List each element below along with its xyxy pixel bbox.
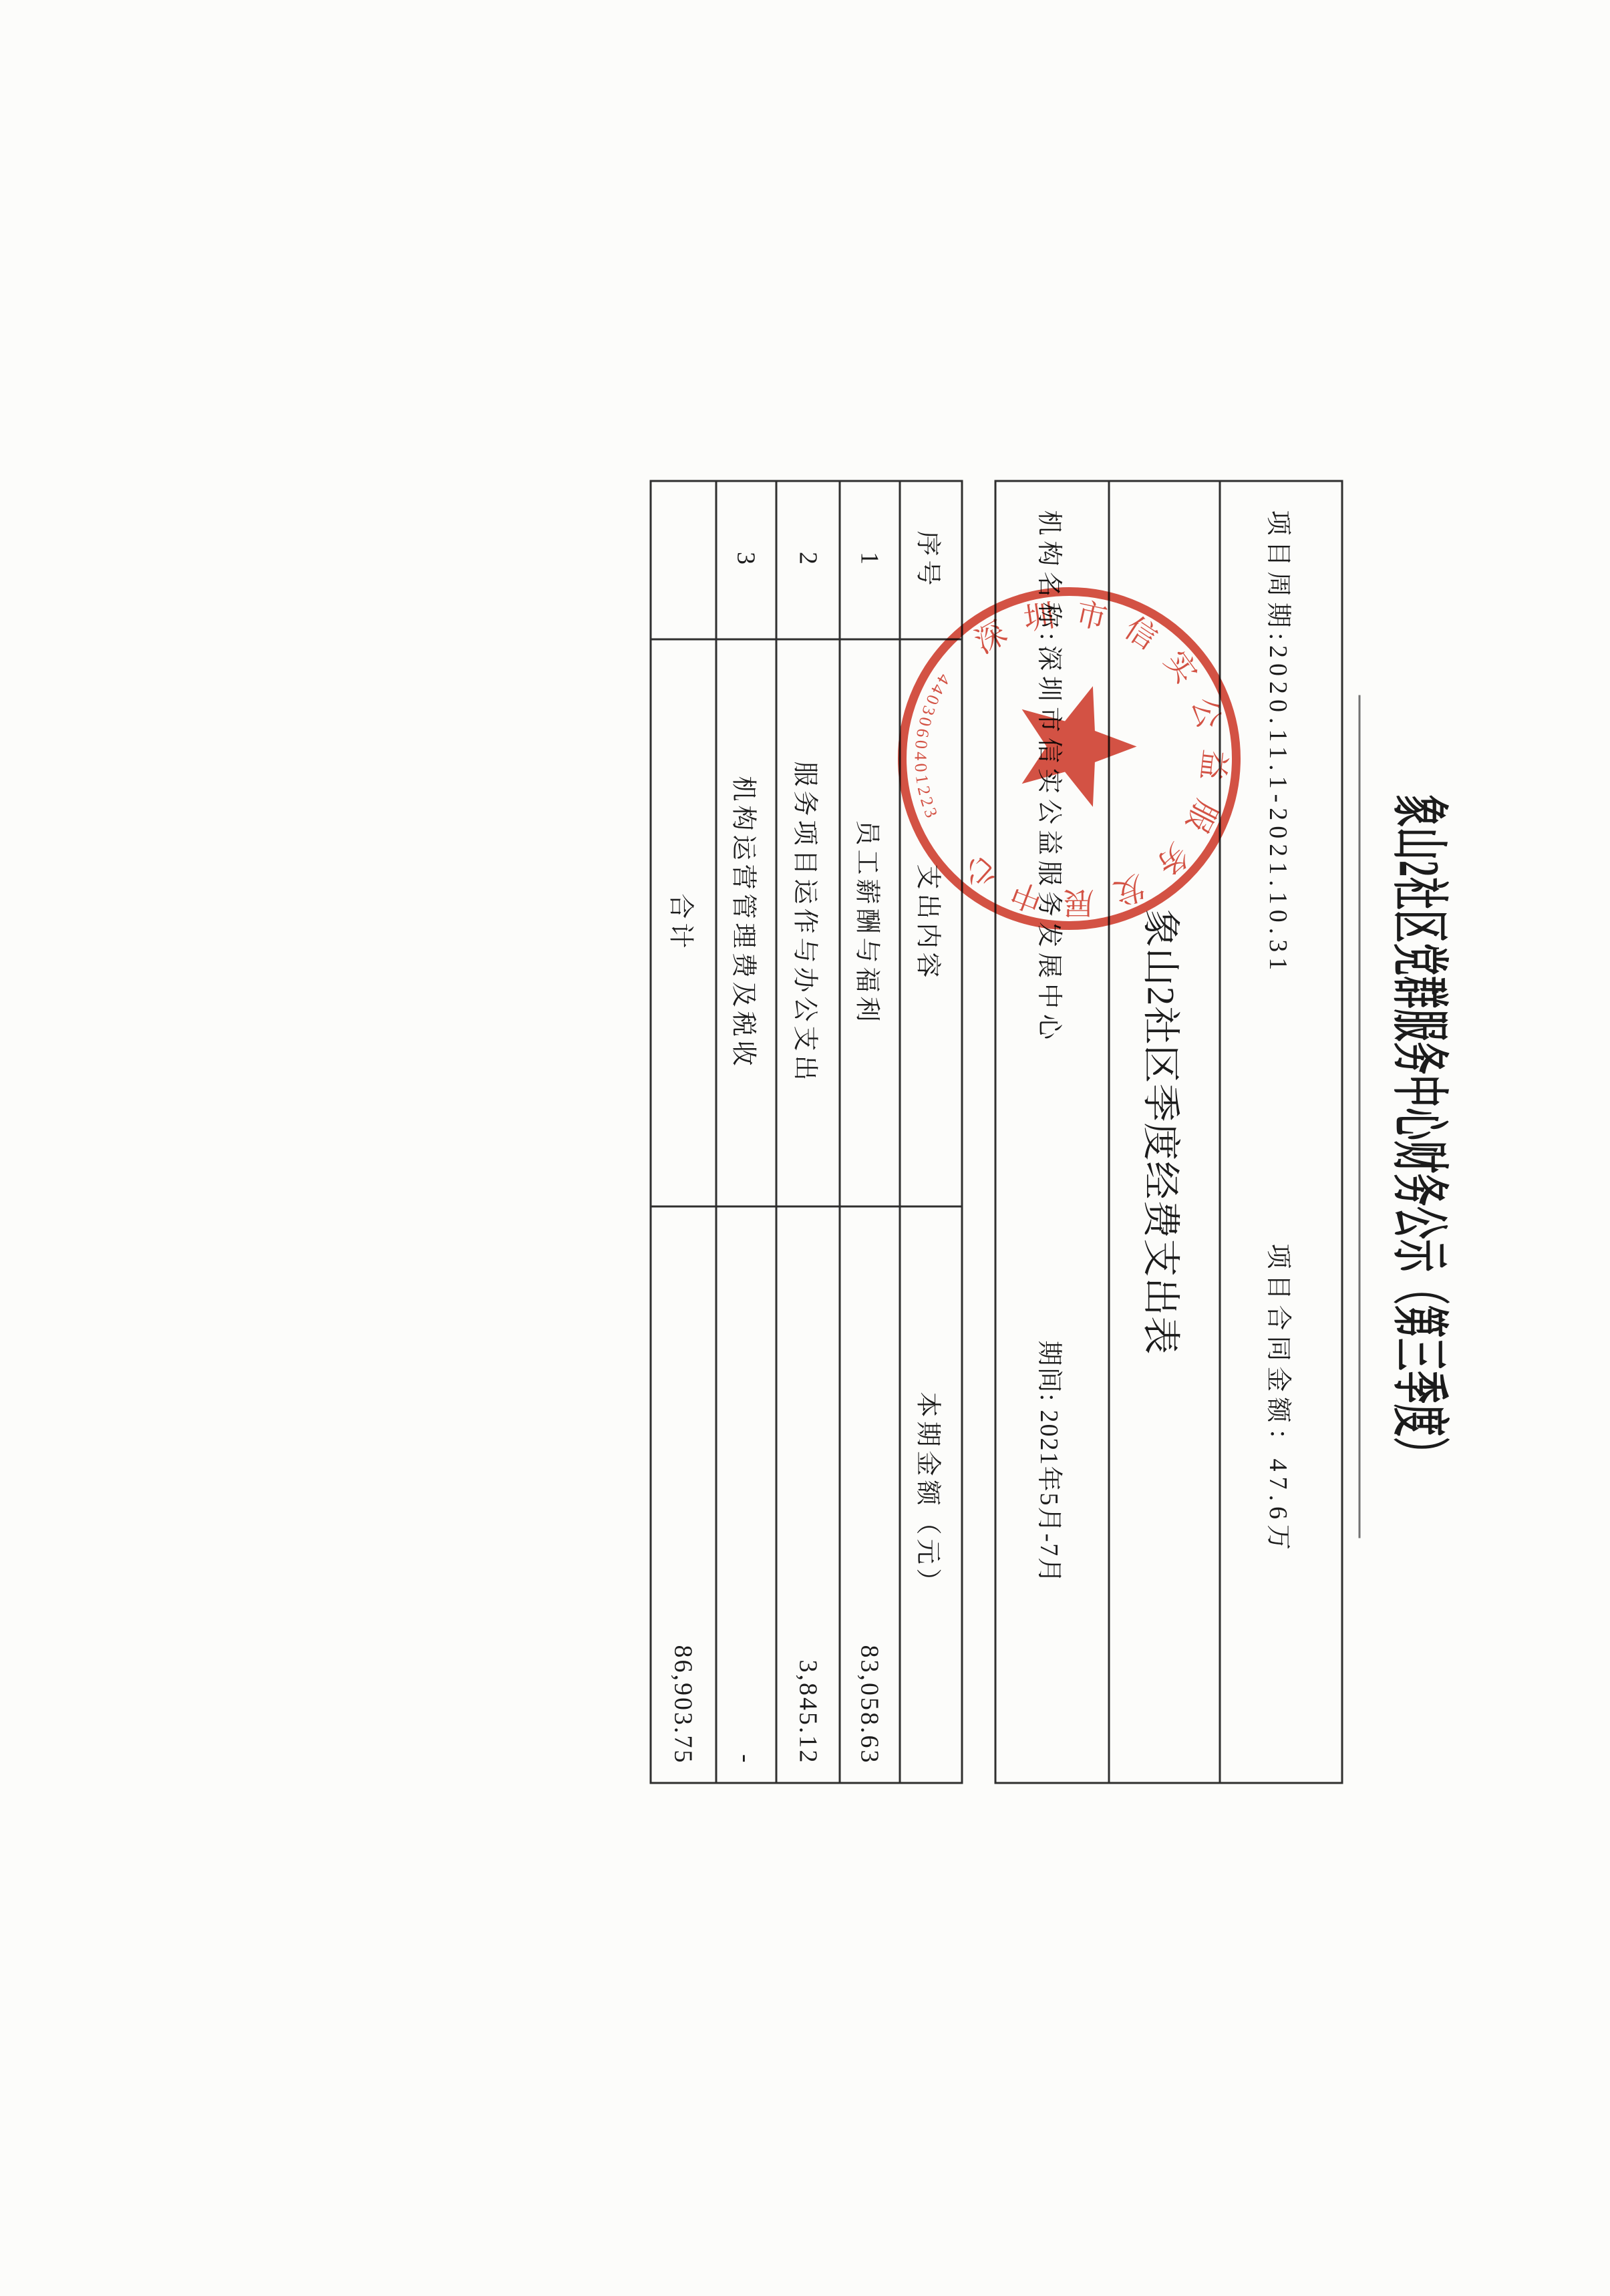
total-row-seq bbox=[651, 482, 715, 640]
table-row-seq: 3 bbox=[715, 482, 775, 640]
document-title-text: 象山2社区党群服务中心财务公示（第三季度） bbox=[1388, 794, 1450, 1470]
rotated-document-canvas: 象山2社区党群服务中心财务公示（第三季度） 项目周期:2020.11.1-202… bbox=[0, 0, 1610, 2296]
seal-star-icon bbox=[1021, 686, 1136, 807]
scan-fold-line bbox=[1358, 695, 1360, 1538]
table-row-amount: 3,845.12 bbox=[775, 1207, 838, 1782]
project-period-text: 项目周期:2020.11.1-2021.10.31 bbox=[1263, 510, 1299, 975]
report-period-text: 期间: 2021年5月-7月 bbox=[1033, 1340, 1070, 1584]
table-row-seq: 2 bbox=[775, 482, 838, 640]
table-row-amount: 83,058.63 bbox=[838, 1207, 899, 1782]
total-row-amount: 86,903.75 bbox=[651, 1207, 715, 1782]
red-org-seal: 深圳市信实公益服务发展中心 4403060401223 bbox=[889, 578, 1249, 939]
total-row-label: 合计 bbox=[651, 640, 715, 1207]
document-title: 象山2社区党群服务中心财务公示（第三季度） bbox=[1388, 480, 1450, 1784]
contract-amount-text: 项目合同金额：47.6万 bbox=[1263, 1243, 1299, 1555]
header-amount: 本期金额（元） bbox=[899, 1207, 961, 1782]
table-row-item: 机构运营管理费及税收 bbox=[715, 640, 775, 1207]
table-row-item: 服务项目运作与办公支出 bbox=[775, 640, 838, 1207]
scanned-document-page: 象山2社区党群服务中心财务公示（第三季度） 项目周期:2020.11.1-202… bbox=[0, 0, 1610, 2296]
table-row-amount: - bbox=[715, 1207, 775, 1782]
